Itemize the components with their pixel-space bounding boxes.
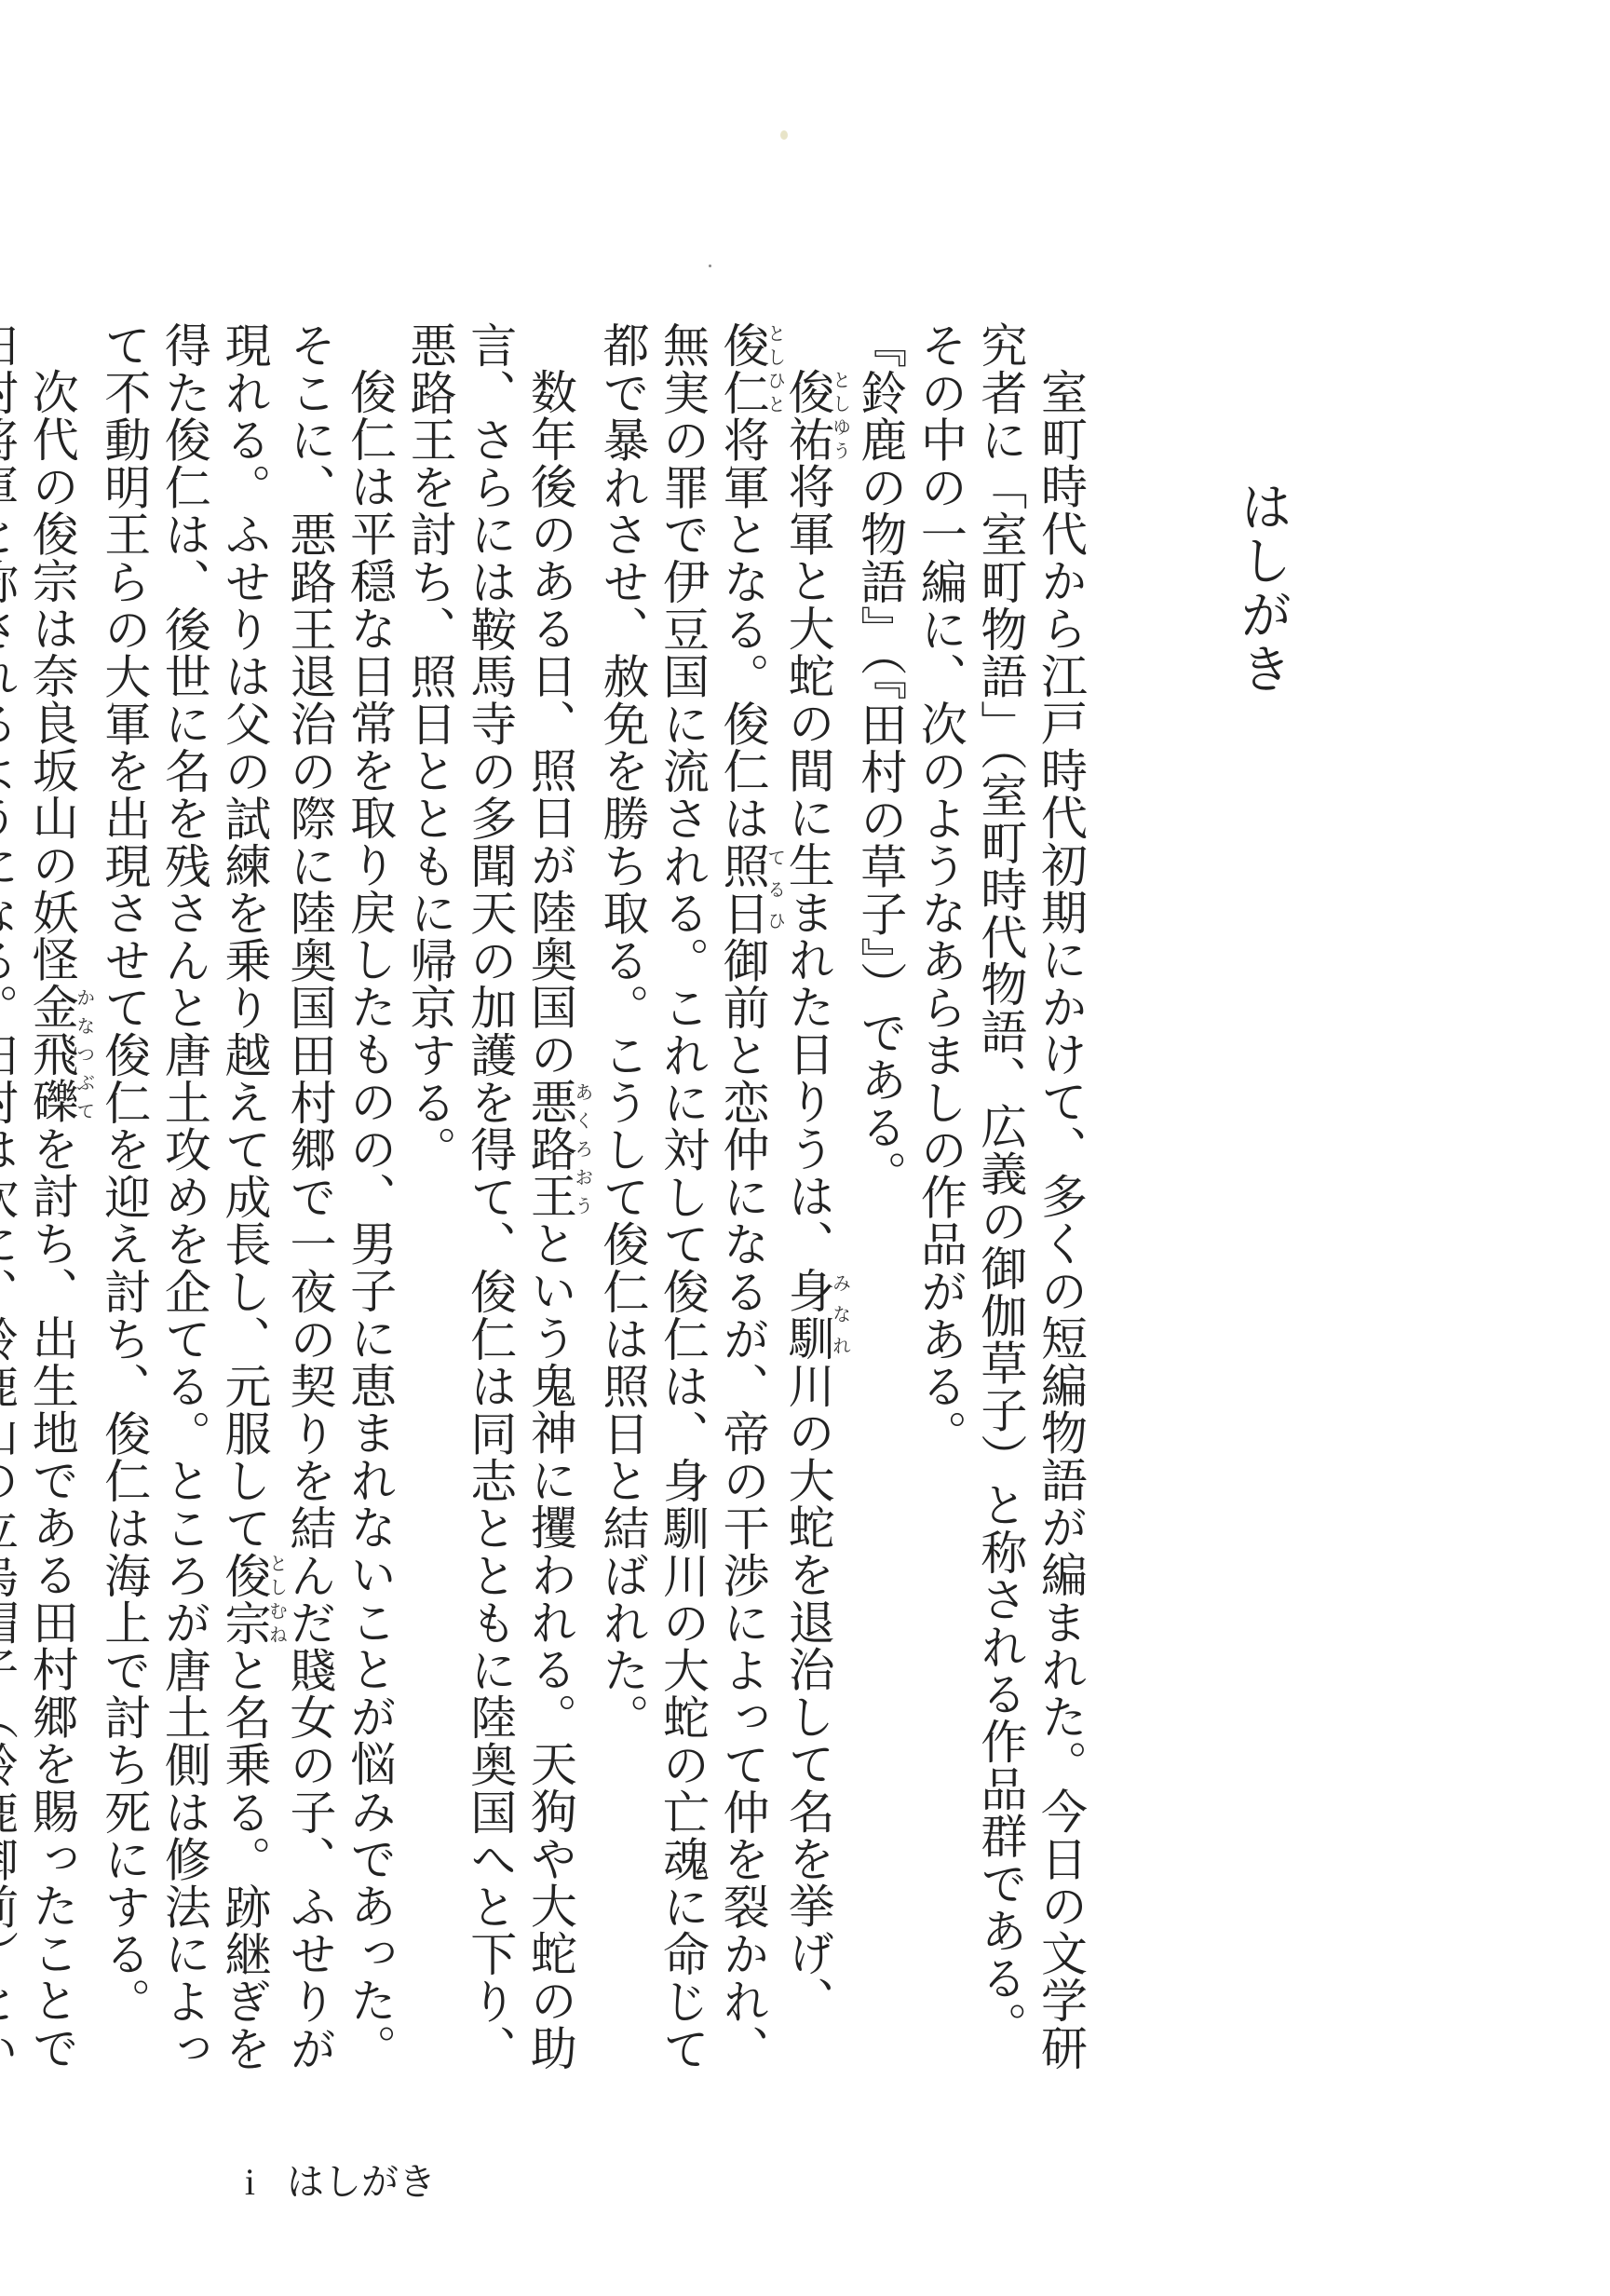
ruby-annotated-word: 照日てるひ	[716, 842, 770, 937]
page-title: はしがき	[1234, 480, 1290, 696]
page-number: i	[245, 2161, 255, 2203]
ruby-annotated-word: 俊祐としゆう	[781, 368, 835, 463]
text-run: 将軍となる。俊仁は	[716, 416, 770, 842]
furigana: あくろおう	[572, 1078, 594, 1219]
paragraph: 室町時代から江戸時代初期にかけて、多くの短編物語が編まれた。今日の文学研究者に「…	[910, 321, 1090, 2082]
paragraph: 俊祐としゆう将軍と大蛇の間に生まれた日りうは、身馴みなれ川の大蛇を退治して名を挙…	[592, 321, 850, 2082]
running-head: はしがき	[287, 2161, 436, 2204]
page-footer: iはしがき	[197, 2110, 436, 2248]
body-text: 室町時代から江戸時代初期にかけて、多くの短編物語が編まれた。今日の文学研究者に「…	[0, 321, 1090, 2082]
ruby-annotated-word: 金飛礫かなつぶて	[25, 983, 79, 1124]
furigana: みなれ	[830, 1267, 852, 1362]
paragraph: 数年後のある日、照日が陸奥国の悪路王あくろおうという鬼神に攫われる。天狗や大蛇の…	[399, 321, 592, 2082]
furigana: かなつぶて	[74, 983, 96, 1124]
furigana: としむね	[265, 1552, 288, 1647]
book-page: はしがき 室町時代から江戸時代初期にかけて、多くの短編物語が編まれた。今日の文学…	[0, 0, 1610, 2296]
furigana: てるひ	[764, 842, 787, 937]
ruby-annotated-word: 俊宗としむね	[217, 1552, 271, 1647]
paper-speck	[780, 130, 788, 140]
furigana: としひと	[764, 321, 787, 416]
text-run: 次代の俊宗は奈良坂山の妖怪	[25, 368, 79, 983]
paragraph: 『鈴鹿の物語』（『田村の草子』）である。	[850, 321, 911, 2082]
text-run: 『鈴鹿の物語』（『田村の草子』）である。	[853, 321, 907, 1198]
furigana: としゆう	[830, 368, 852, 463]
text-run: 数年後のある日、照日が陸奥国の	[523, 368, 577, 1078]
text-run: 将軍と大蛇の間に生まれた日りうは、	[781, 463, 835, 1268]
paper-speck	[709, 265, 711, 267]
text-run: 室町時代から江戸時代初期にかけて、多くの短編物語が編まれた。今日の文学研究者に「…	[913, 321, 1088, 2072]
text-run: 川の大蛇を退治して名を挙げ、	[781, 1362, 835, 2024]
ruby-annotated-word: 身馴みなれ	[781, 1267, 835, 1362]
ruby-annotated-word: 俊仁としひと	[716, 321, 770, 416]
ruby-annotated-word: 悪路王あくろおう	[523, 1078, 577, 1219]
paragraph: 次代の俊宗は奈良坂山の妖怪金飛礫かなつぶてを討ち、出生地である田村郷を賜ったこと…	[0, 321, 94, 2082]
paragraph: 俊仁は平穏な日常を取り戻したものの、男子に恵まれないことが悩みであった。そこに、…	[94, 321, 399, 2082]
